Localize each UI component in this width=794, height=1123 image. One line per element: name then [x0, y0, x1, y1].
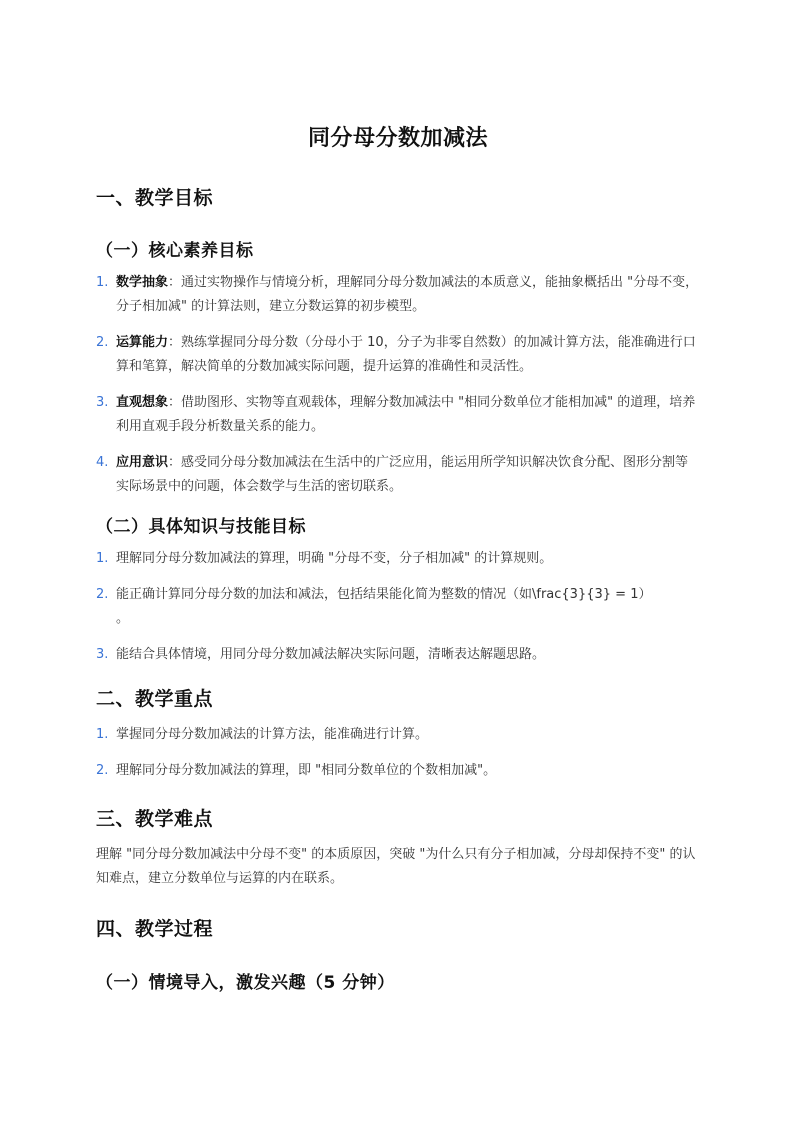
item-label: 数学抽象 [116, 275, 168, 290]
section-heading-key-points: 二、教学重点 [96, 684, 213, 711]
section-heading-teaching-process: 四、教学过程 [96, 914, 213, 941]
item-text: 理解同分母分数加减法的算理，明确 "分母不变，分子相加减" 的计算规则。 [116, 551, 552, 566]
list-number: 3. [96, 643, 108, 667]
list-number: 2. [96, 331, 108, 355]
item-text: 借助图形、实物等直观载体，理解分数加减法中 "相同分数单位才能相加减" 的道理，… [116, 395, 695, 434]
list-item: 3. 能结合具体情境，用同分母分数加减法解决实际问题，清晰表达解题思路。 [96, 643, 700, 667]
item-separator: ： [168, 395, 181, 410]
item-text: 理解同分母分数加减法的算理，即 "相同分数单位的个数相加减"。 [116, 763, 496, 778]
key-points-list: 1. 掌握同分母分数加减法的计算方法，能准确进行计算。 2. 理解同分母分数加减… [96, 723, 700, 795]
list-item: 1. 理解同分母分数加减法的算理，明确 "分母不变，分子相加减" 的计算规则。 [96, 547, 700, 571]
list-number: 4. [96, 451, 108, 475]
document-title: 同分母分数加减法 [96, 121, 700, 152]
list-item: 2. 理解同分母分数加减法的算理，即 "相同分数单位的个数相加减"。 [96, 759, 700, 783]
item-separator: ： [168, 275, 181, 290]
item-label: 直观想象 [116, 395, 168, 410]
core-literacy-list: 1. 数学抽象：通过实物操作与情境分析，理解同分母分数加减法的本质意义，能抽象概… [96, 271, 700, 511]
subsection-heading-knowledge-skills: （二）具体知识与技能目标 [96, 512, 306, 537]
list-item: 4. 应用意识：感受同分母分数加减法在生活中的广泛应用，能运用所学知识解决饮食分… [96, 451, 700, 499]
list-number: 1. [96, 547, 108, 571]
list-item: 2. 能正确计算同分母分数的加法和减法，包括结果能化简为整数的情况（如\frac… [96, 583, 700, 631]
list-item: 1. 掌握同分母分数加减法的计算方法，能准确进行计算。 [96, 723, 700, 747]
item-separator: ： [168, 335, 181, 350]
subsection-heading-situation-intro: （一）情境导入，激发兴趣（5 分钟） [96, 968, 395, 993]
item-text: 感受同分母分数加减法在生活中的广泛应用，能运用所学知识解决饮食分配、图形分割等实… [116, 455, 688, 494]
list-number: 1. [96, 723, 108, 747]
item-label: 应用意识 [116, 455, 168, 470]
knowledge-skills-list: 1. 理解同分母分数加减法的算理，明确 "分母不变，分子相加减" 的计算规则。 … [96, 547, 700, 679]
section-heading-teaching-goals: 一、教学目标 [96, 183, 213, 210]
list-number: 3. [96, 391, 108, 415]
item-text: 能正确计算同分母分数的加法和减法，包括结果能化简为整数的情况（如\frac{3}… [116, 587, 651, 602]
difficulties-paragraph: 理解 "同分母分数加减法中分母不变" 的本质原因，突破 "为什么只有分子相加减，… [96, 843, 700, 891]
item-text: 掌握同分母分数加减法的计算方法，能准确进行计算。 [116, 727, 428, 742]
list-number: 2. [96, 759, 108, 783]
item-label: 运算能力 [116, 335, 168, 350]
item-text: 熟练掌握同分母分数（分母小于 10，分子为非零自然数）的加减计算方法，能准确进行… [116, 335, 696, 374]
item-separator: ： [168, 455, 181, 470]
list-number: 2. [96, 583, 108, 607]
list-item: 1. 数学抽象：通过实物操作与情境分析，理解同分母分数加减法的本质意义，能抽象概… [96, 271, 700, 319]
list-number: 1. [96, 271, 108, 295]
section-heading-difficulties: 三、教学难点 [96, 804, 213, 831]
item-text: 通过实物操作与情境分析，理解同分母分数加减法的本质意义，能抽象概括出 "分母不变… [116, 275, 698, 314]
list-item: 2. 运算能力：熟练掌握同分母分数（分母小于 10，分子为非零自然数）的加减计算… [96, 331, 700, 379]
item-text-continuation: 。 [116, 611, 129, 626]
item-text: 能结合具体情境，用同分母分数加减法解决实际问题，清晰表达解题思路。 [116, 647, 545, 662]
list-item: 3. 直观想象：借助图形、实物等直观载体，理解分数加减法中 "相同分数单位才能相… [96, 391, 700, 439]
subsection-heading-core-literacy: （一）核心素养目标 [96, 236, 254, 261]
